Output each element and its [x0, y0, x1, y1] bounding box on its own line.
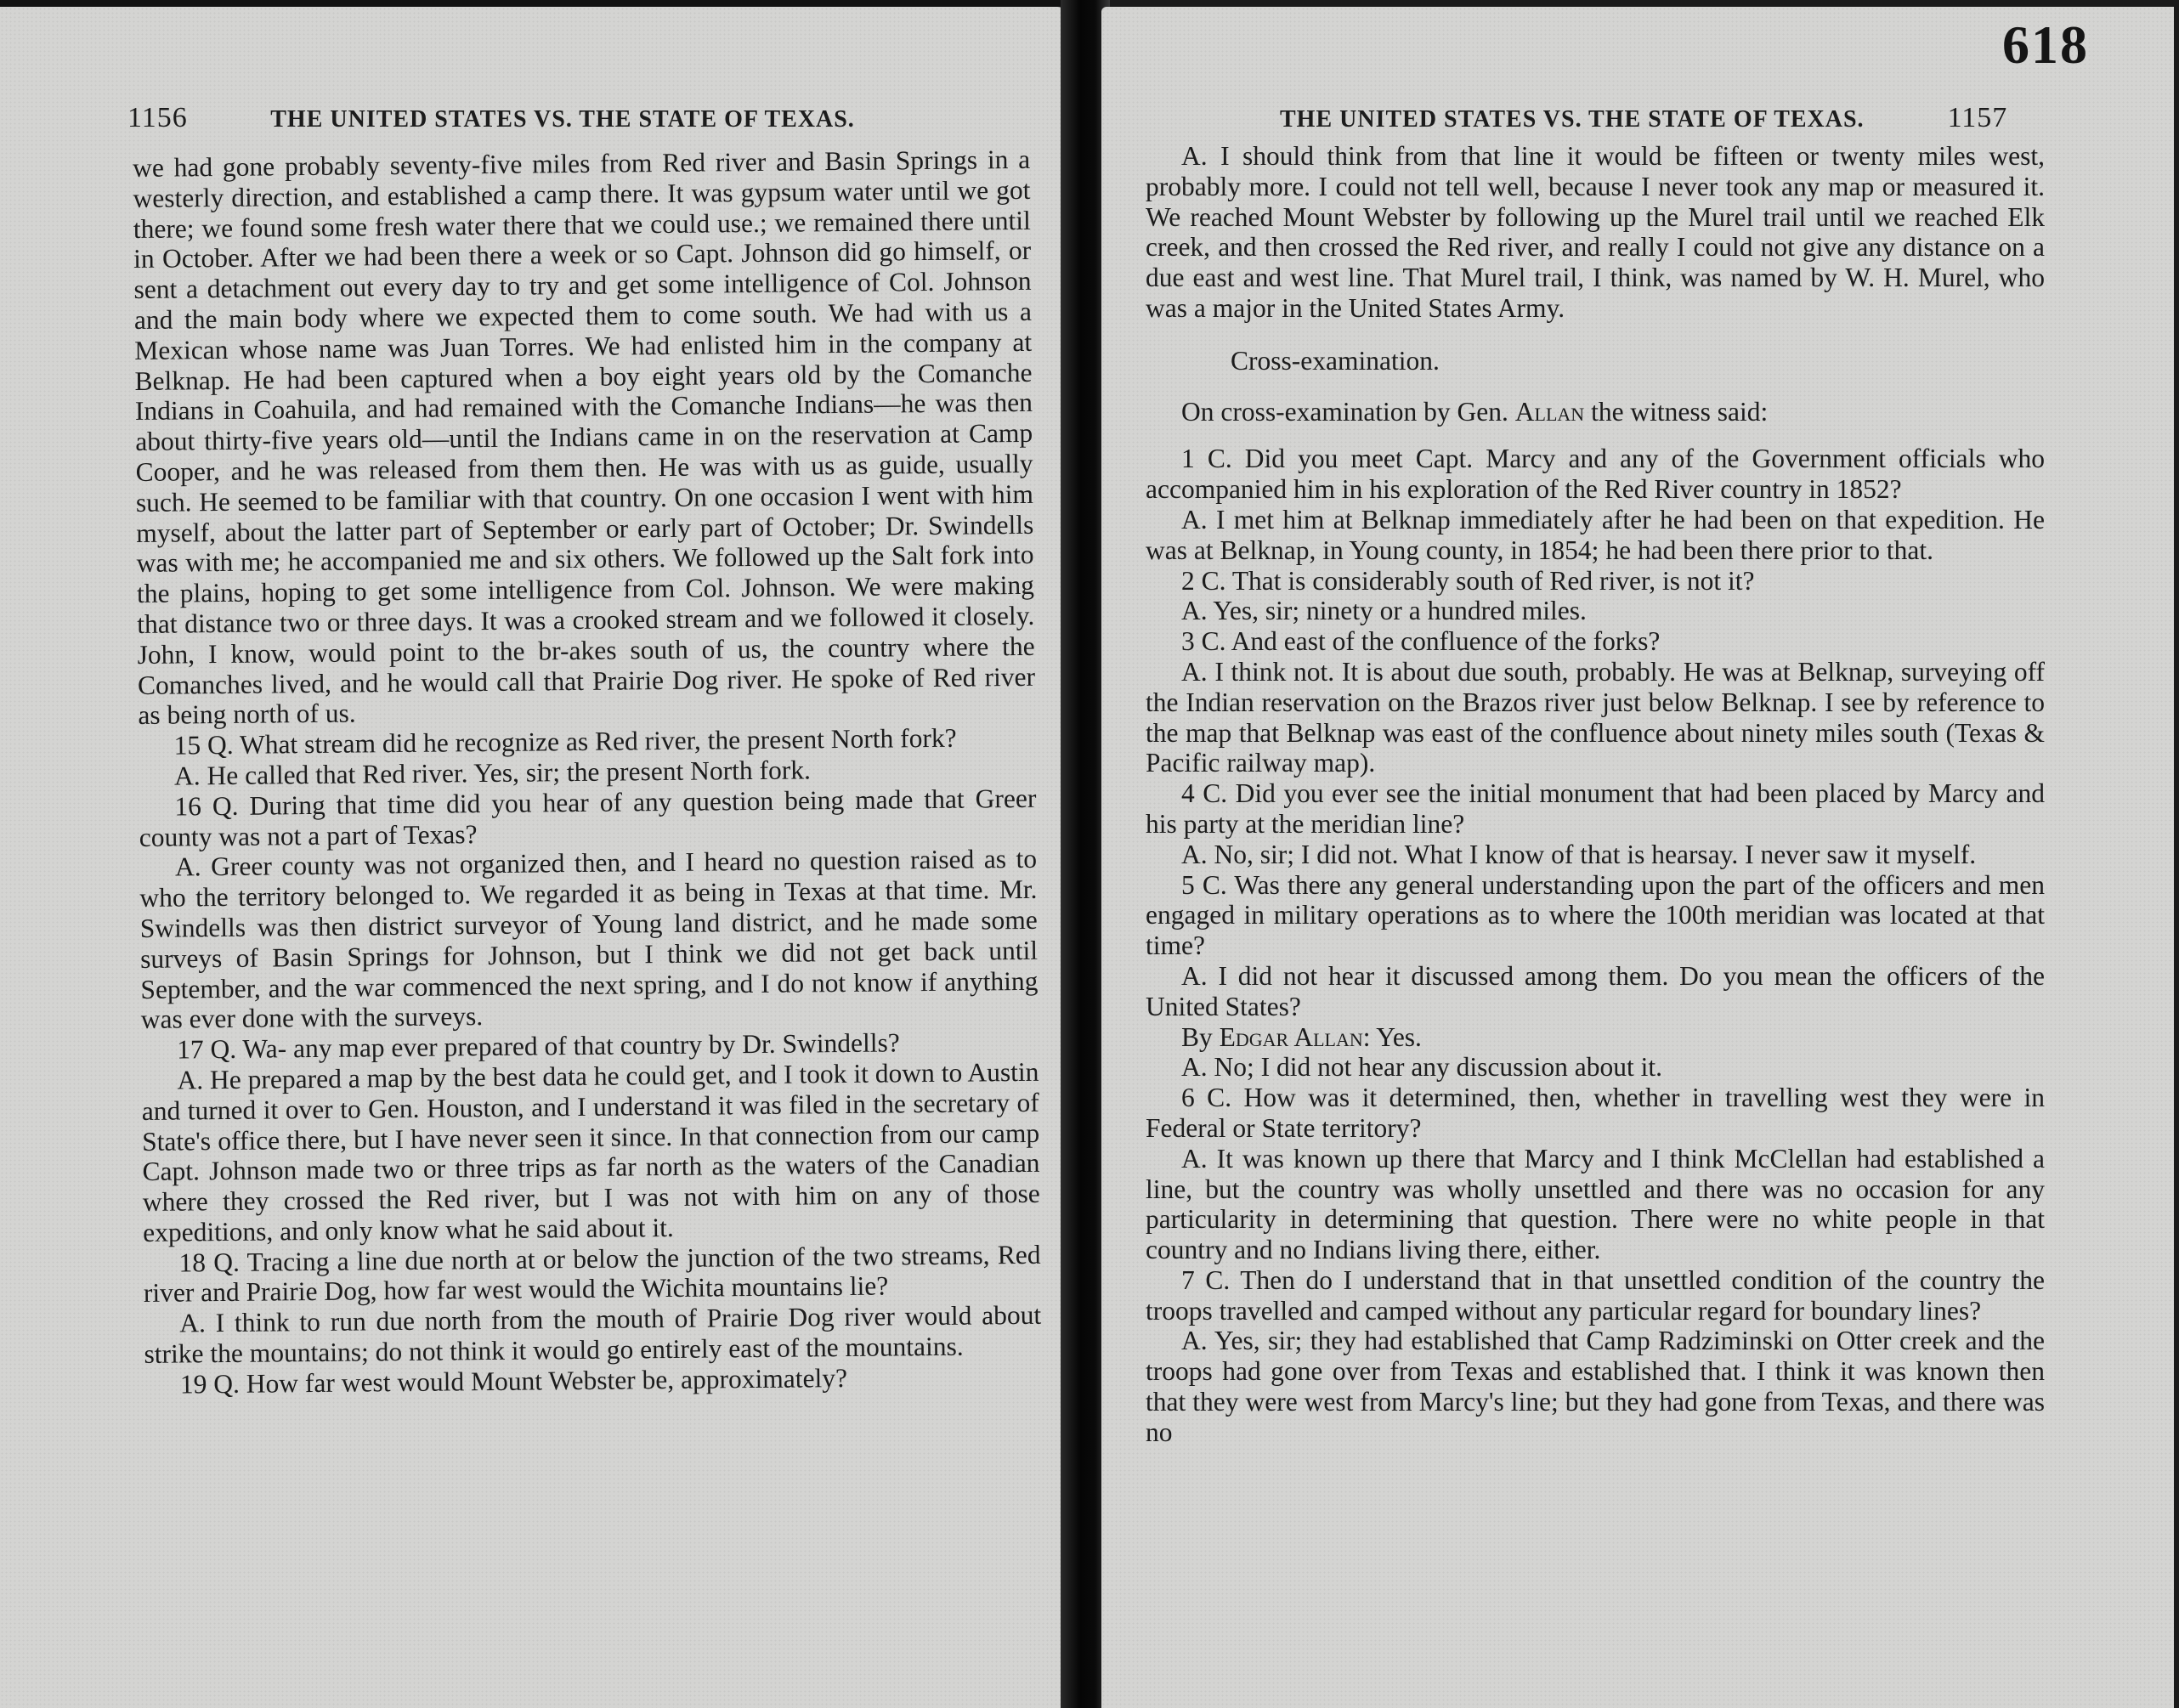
- answer-19: A. I should think from that line it woul…: [1146, 141, 2045, 324]
- intro-suffix: the witness said:: [1591, 397, 1768, 427]
- section-heading: Cross-examination.: [1146, 346, 2045, 376]
- right-page: THE UNITED STATES VS. THE STATE OF TEXAS…: [1101, 7, 2174, 1708]
- answer-18: A. I think to run due north from the mou…: [144, 1300, 1042, 1370]
- left-page-number: 1156: [127, 102, 188, 133]
- cross-question-7: 7 C. Then do I understand that in that u…: [1146, 1265, 2045, 1326]
- cross-answer-7: A. Yes, sir; they had established that C…: [1146, 1326, 2045, 1447]
- cross-question-1: 1 C. Did you meet Capt. Marcy and any of…: [1146, 444, 2045, 505]
- intro-prefix: On cross-examination by Gen.: [1181, 397, 1508, 427]
- left-running-head: 1156 THE UNITED STATES VS. THE STATE OF …: [127, 102, 855, 134]
- answer-16: A. Greer county was not organized then, …: [139, 844, 1039, 1035]
- cross-question-4: 4 C. Did you ever see the initial monume…: [1146, 778, 2045, 840]
- cross-answer-6: A. It was known up there that Marcy and …: [1146, 1144, 2045, 1265]
- by-prefix: By: [1181, 1022, 1213, 1052]
- cross-question-6: 6 C. How was it determined, then, whethe…: [1146, 1083, 2045, 1144]
- question-16: 16 Q. During that time did you hear of a…: [139, 783, 1037, 853]
- folio-stamp: 618: [2002, 14, 2089, 76]
- left-body-text: we had gone probably seventy-five miles …: [133, 144, 1042, 1400]
- left-running-title: THE UNITED STATES VS. THE STATE OF TEXAS…: [270, 106, 855, 133]
- interjection: By Edgar Allan: Yes.: [1146, 1022, 2045, 1053]
- intro-name: Allan: [1515, 397, 1584, 427]
- cross-answer-1: A. I met him at Belknap immediately afte…: [1146, 505, 2045, 566]
- cross-answer-5b: A. No; I did not hear any discussion abo…: [1146, 1052, 2045, 1083]
- cross-exam-intro: On cross-examination by Gen. Allan the w…: [1146, 397, 2045, 427]
- by-suffix: : Yes.: [1363, 1022, 1422, 1052]
- right-running-title: THE UNITED STATES VS. THE STATE OF TEXAS…: [1280, 106, 1865, 133]
- right-body-text: A. I should think from that line it woul…: [1146, 141, 2045, 1448]
- by-name: Edgar Allan: [1220, 1022, 1363, 1052]
- cross-answer-5: A. I did not hear it discussed among the…: [1146, 961, 2045, 1022]
- question-18: 18 Q. Tracing a line due north at or bel…: [143, 1239, 1041, 1309]
- cross-question-3: 3 C. And east of the confluence of the f…: [1146, 626, 2045, 657]
- cross-question-5: 5 C. Was there any general understanding…: [1146, 870, 2045, 961]
- left-page: 1156 THE UNITED STATES VS. THE STATE OF …: [0, 7, 1069, 1708]
- right-running-head: THE UNITED STATES VS. THE STATE OF TEXAS…: [1280, 102, 2007, 134]
- cross-answer-4: A. No, sir; I did not. What I know of th…: [1146, 840, 2045, 870]
- paragraph: we had gone probably seventy-five miles …: [133, 144, 1035, 731]
- right-page-number: 1157: [1948, 102, 2008, 133]
- answer-17: A. He prepared a map by the best data he…: [141, 1057, 1040, 1248]
- cross-answer-2: A. Yes, sir; ninety or a hundred miles.: [1146, 596, 2045, 626]
- cross-answer-3: A. I think not. It is about due south, p…: [1146, 657, 2045, 778]
- book-spread: 1156 THE UNITED STATES VS. THE STATE OF …: [0, 0, 2179, 1708]
- cross-question-2: 2 C. That is considerably south of Red r…: [1146, 566, 2045, 597]
